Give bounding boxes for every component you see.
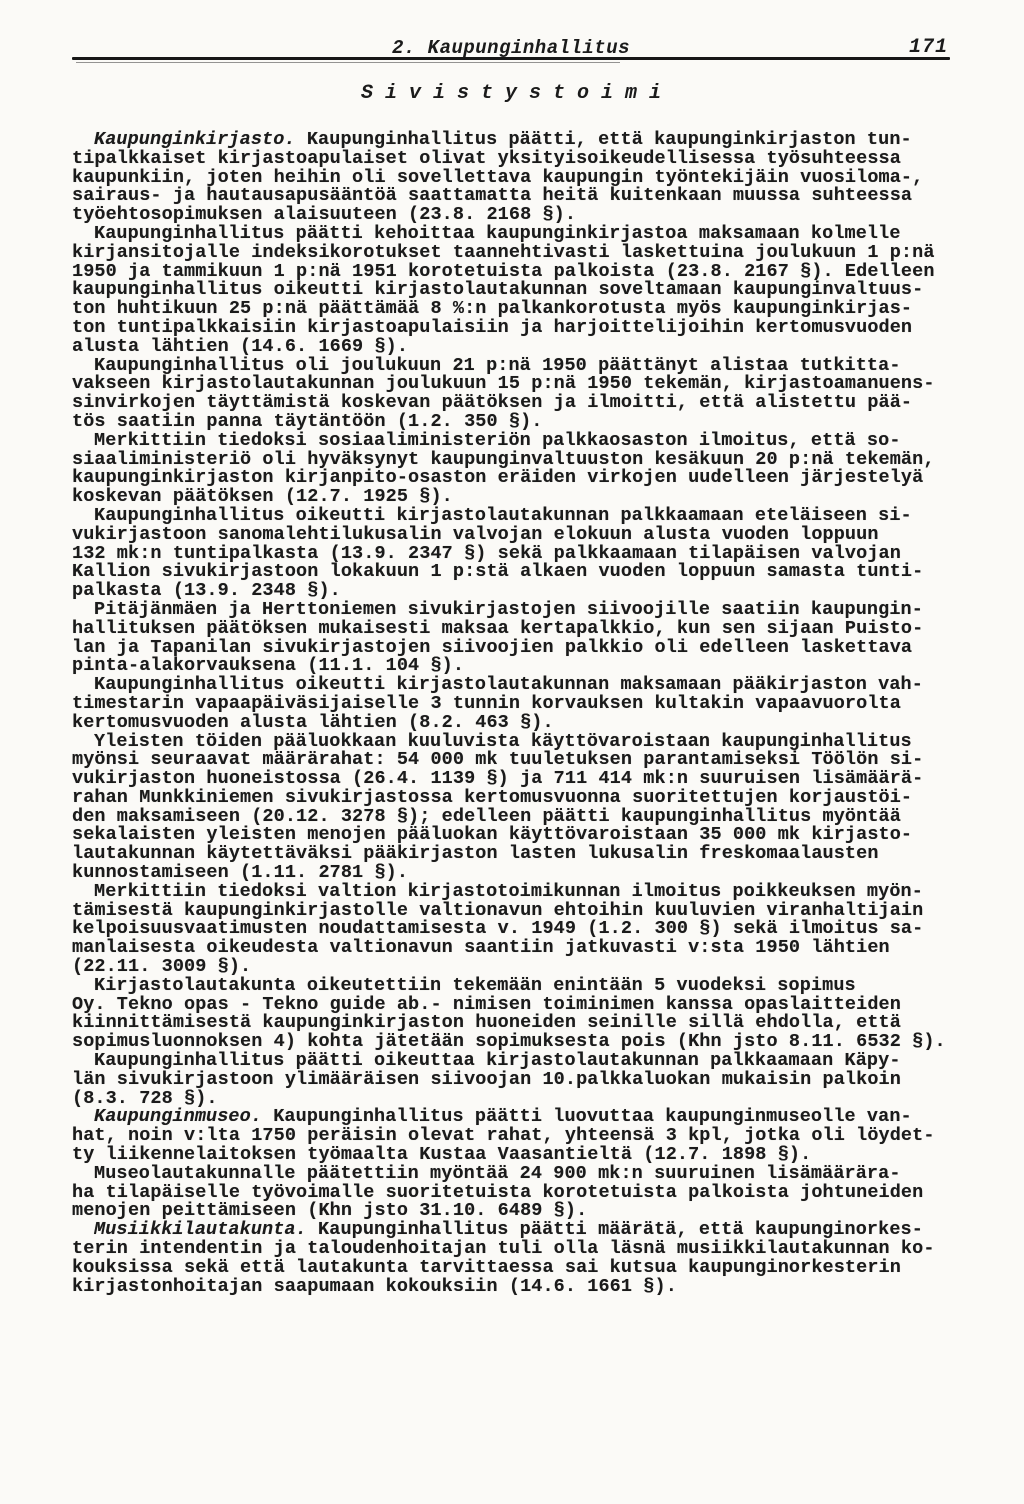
paragraph: Kaupunginhallitus oli joulukuun 21 p:nä … [72,357,972,432]
text-line: tös saatiin panna täytäntöön (1.2. 350 §… [72,413,972,432]
paragraph: Kaupunginmuseo. Kaupunginhallitus päätti… [72,1108,972,1164]
running-header: 2. Kaupunginhallitus 171 [72,37,950,59]
paragraph: Kaupunginhallitus oikeutti kirjastolauta… [72,507,972,601]
text-line: Merkittiin tiedoksi sosiaaliministeriön … [72,432,972,451]
text-line: hallituksen päätöksen mukaisesti maksaa … [72,620,972,639]
paragraph: Merkittiin tiedoksi sosiaaliministeriön … [72,432,972,507]
paragraph: Pitäjänmäen ja Herttoniemen sivukirjasto… [72,601,972,676]
text-line: Kirjastolautakunta oikeutettiin tekemään… [72,977,972,996]
text-line: Museolautakunnalle päätettiin myöntää 24… [72,1165,972,1184]
header-rule [72,57,950,60]
document-page: 2. Kaupunginhallitus 171 S i v i s t y s… [0,0,1024,1504]
text-line: Kaupunginkirjasto. Kaupunginhallitus pää… [72,131,972,150]
body-text: Kaupunginkirjasto. Kaupunginhallitus pää… [72,131,972,1296]
paragraph: Yleisten töiden pääluokkaan kuuluvista k… [72,733,972,883]
text-line: vukirjastoon sanomalehtilukusalin valvoj… [72,526,972,545]
text-line: kirjastonhoitajan saapumaan kokouksiin (… [72,1278,972,1297]
text-line: kertomusvuoden alusta lähtien (8.2. 463 … [72,714,972,733]
paragraph: Merkittiin tiedoksi valtion kirjastotoim… [72,883,972,977]
text-line: ty liikennelaitoksen työmaalta Kustaa Va… [72,1146,972,1165]
page-number: 171 [909,36,948,59]
text-line: alusta lähtien (14.6. 1669 §). [72,338,972,357]
text-line: Pitäjänmäen ja Herttoniemen sivukirjasto… [72,601,972,620]
text-line: Kaupunginhallitus oikeutti kirjastolauta… [72,507,972,526]
text-line: terin intendentin ja taloudenhoitajan tu… [72,1240,972,1259]
paragraph-lead: Kaupunginkirjasto. [94,129,296,150]
paragraph: Kaupunginkirjasto. Kaupunginhallitus pää… [72,131,972,225]
text-line: Kaupunginhallitus päätti kehoittaa kaupu… [72,225,972,244]
text-line: rahan Munkkiniemen sivukirjastossa kerto… [72,789,972,808]
paragraph: Kaupunginhallitus päätti oikeuttaa kirja… [72,1052,972,1108]
chapter-title: 2. Kaupunginhallitus [72,37,950,59]
paragraph: Kaupunginhallitus oikeutti kirjastolauta… [72,676,972,732]
text-line: län sivukirjastoon ylimääräisen siivooja… [72,1071,972,1090]
paragraph: Kirjastolautakunta oikeutettiin tekemään… [72,977,972,1052]
text-line: tipalkkaiset kirjastoapulaiset olivat yk… [72,150,972,169]
paragraph: Musiikkilautakunta. Kaupunginhallitus pä… [72,1221,972,1296]
text-line: ton tuntipalkkaisiin kirjastoapulaisiin … [72,319,972,338]
text-line: kirjansitojalle indeksikorotukset taanne… [72,244,972,263]
text-line: timestarin vapaapäiväsijaiselle 3 tunnin… [72,695,972,714]
section-heading: S i v i s t y s t o i m i [72,82,950,105]
text-line: kouksissa sekä että lautakunta tarvittae… [72,1259,972,1278]
paragraph: Kaupunginhallitus päätti kehoittaa kaupu… [72,225,972,357]
paragraph: Museolautakunnalle päätettiin myöntää 24… [72,1165,972,1221]
text-line: Merkittiin tiedoksi valtion kirjastotoim… [72,883,972,902]
